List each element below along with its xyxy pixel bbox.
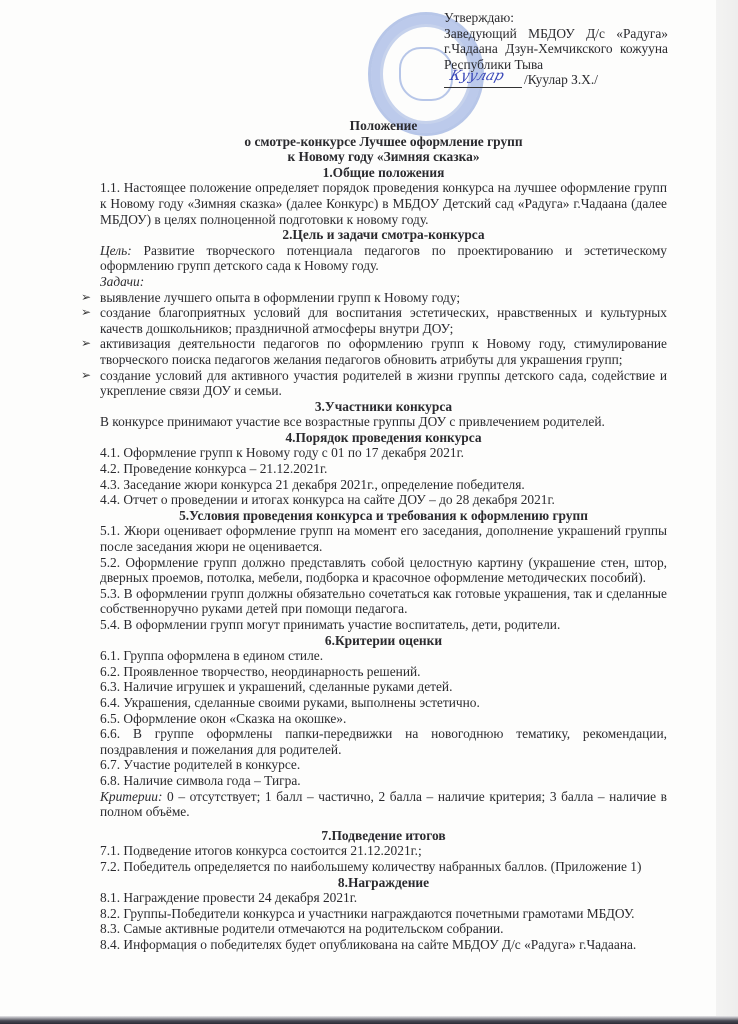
list-item: 5.2. Оформление групп должно представлят… bbox=[100, 555, 667, 586]
arrow-bullet-icon: ➢ bbox=[81, 368, 91, 384]
list-item: 5.1. Жюри оценивает оформление групп на … bbox=[100, 523, 667, 554]
section-5-heading: 5.Условия проведения конкурса и требован… bbox=[100, 508, 667, 524]
approval-label: Утверждаю: bbox=[444, 10, 668, 26]
section-2-heading: 2.Цель и задачи смотра-конкурса bbox=[100, 227, 667, 243]
document-body: Положение о смотре-конкурсе Лучшее оформ… bbox=[100, 118, 667, 952]
list-item: ➢создание благоприятных условий для восп… bbox=[100, 305, 667, 336]
list-item: 4.1. Оформление групп к Новому году с 01… bbox=[100, 445, 667, 461]
criteria-text: 0 – отсутствует; 1 балл – частично, 2 ба… bbox=[100, 789, 667, 820]
arrow-bullet-icon: ➢ bbox=[81, 336, 91, 352]
list-item: 4.2. Проведение конкурса – 21.12.2021г. bbox=[100, 461, 667, 477]
list-item: 8.1. Награждение провести 24 декабря 202… bbox=[100, 890, 667, 906]
list-item: 6.3. Наличие игрушек и украшений, сделан… bbox=[100, 679, 667, 695]
list-item: 5.3. В оформлении групп должны обязатель… bbox=[100, 586, 667, 617]
section-6-heading: 6.Критерии оценки bbox=[100, 633, 667, 649]
list-item: 6.4. Украшения, сделанные своими руками,… bbox=[100, 695, 667, 711]
section-2-goal: Цель: Развитие творческого потенциала пе… bbox=[100, 243, 667, 274]
criteria-paragraph: Критерии: 0 – отсутствует; 1 балл – част… bbox=[100, 789, 667, 820]
list-item: 7.2. Победитель определяется по наибольш… bbox=[100, 859, 667, 875]
signer-name: /Куулар З.Х./ bbox=[524, 72, 598, 88]
section-3-heading: 3.Участники конкурса bbox=[100, 399, 667, 415]
criteria-label: Критерии: bbox=[100, 789, 162, 804]
doc-subtitle-1: о смотре-конкурсе Лучшее оформление груп… bbox=[100, 134, 667, 150]
list-item: 8.3. Самые активные родители отмечаются … bbox=[100, 921, 667, 937]
list-item: ➢создание условий для активного участия … bbox=[100, 368, 667, 399]
signature: Куулар bbox=[448, 69, 505, 85]
doc-subtitle-2: к Новому году «Зимняя сказка» bbox=[100, 149, 667, 165]
goal-label: Цель: bbox=[100, 243, 132, 258]
approver-location: г.Чадаана Дзун-Хемчикского кожууна bbox=[444, 41, 668, 57]
spacer bbox=[100, 820, 667, 828]
goal-text: Развитие творческого потенциала педагого… bbox=[100, 243, 667, 274]
signature-row: Куулар /Куулар З.Х./ bbox=[444, 72, 668, 88]
list-item: 6.7. Участие родителей в конкурсе. bbox=[100, 757, 667, 773]
list-item: 6.5. Оформление окон «Сказка на окошке». bbox=[100, 711, 667, 727]
section-3-paragraph: В конкурсе принимают участие все возраст… bbox=[100, 414, 667, 430]
scan-edge-bottom bbox=[0, 1016, 738, 1024]
list-item: 6.8. Наличие символа года – Тигра. bbox=[100, 773, 667, 789]
section-7-heading: 7.Подведение итогов bbox=[100, 828, 667, 844]
section-1-heading: 1.Общие положения bbox=[100, 165, 667, 181]
approver-position: Заведующий МБДОУ Д/с «Радуга» bbox=[444, 26, 668, 42]
list-item: ➢выявление лучшего опыта в оформлении гр… bbox=[100, 290, 667, 306]
list-item: 6.2. Проявленное творчество, неординарно… bbox=[100, 664, 667, 680]
scan-edge-right bbox=[716, 0, 738, 1024]
arrow-bullet-icon: ➢ bbox=[81, 305, 91, 321]
list-item: 4.3. Заседание жюри конкурса 21 декабря … bbox=[100, 477, 667, 493]
section-1-paragraph: 1.1. Настоящее положение определяет поря… bbox=[100, 180, 667, 227]
approval-block: Утверждаю: Заведующий МБДОУ Д/с «Радуга»… bbox=[444, 10, 668, 88]
list-item: 6.6. В группе оформлены папки-передвижки… bbox=[100, 726, 667, 757]
section-4-heading: 4.Порядок проведения конкурса bbox=[100, 430, 667, 446]
list-item: 5.4. В оформлении групп могут принимать … bbox=[100, 617, 667, 633]
section-8-heading: 8.Награждение bbox=[100, 875, 667, 891]
tasks-list: ➢выявление лучшего опыта в оформлении гр… bbox=[100, 290, 667, 399]
list-item: ➢активизация деятельности педагогов по о… bbox=[100, 336, 667, 367]
list-item: 6.1. Группа оформлена в едином стиле. bbox=[100, 648, 667, 664]
doc-title: Положение bbox=[100, 118, 667, 134]
list-item: 4.4. Отчет о проведении и итогах конкурс… bbox=[100, 492, 667, 508]
tasks-label: Задачи: bbox=[100, 274, 667, 290]
signature-line: Куулар bbox=[444, 73, 522, 88]
list-item: 7.1. Подведение итогов конкурса состоитс… bbox=[100, 843, 667, 859]
list-item: 8.2. Группы-Победители конкурса и участн… bbox=[100, 906, 667, 922]
list-item: 8.4. Информация о победителях будет опуб… bbox=[100, 937, 667, 953]
arrow-bullet-icon: ➢ bbox=[81, 290, 91, 306]
